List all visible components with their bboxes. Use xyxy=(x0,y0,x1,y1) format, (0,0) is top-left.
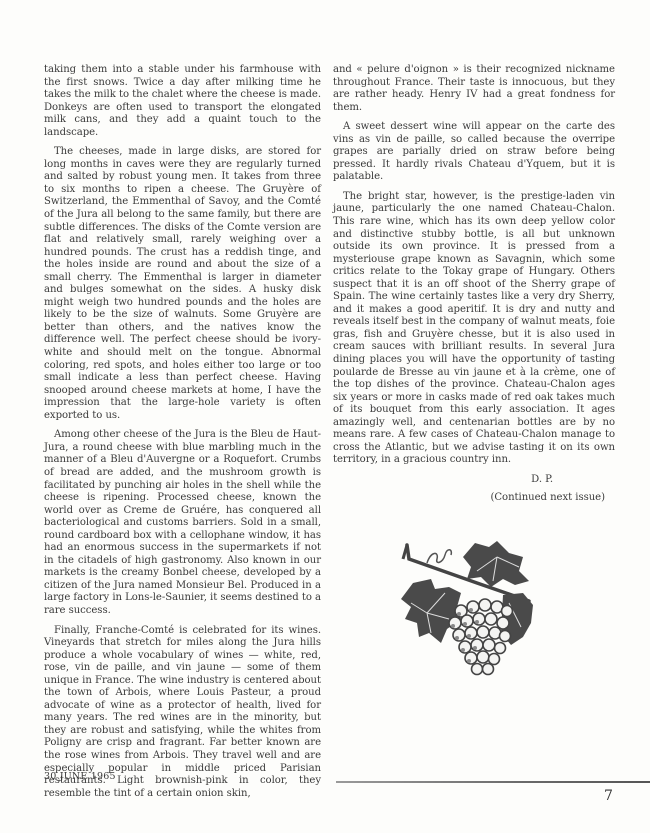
footer-divider xyxy=(336,781,650,783)
issue-date: 30 JUNE 1965 xyxy=(44,771,116,782)
author-signature: D. P. xyxy=(333,474,615,487)
article-left-column: taking them into a stable under his farm… xyxy=(44,64,321,807)
paragraph: The cheeses, made in large disks, are st… xyxy=(44,146,321,422)
grape-vine-icon xyxy=(397,537,537,677)
paragraph: and « pelure d'oignon » is their recogni… xyxy=(333,64,615,114)
continuation-note: (Continued next issue) xyxy=(333,492,615,505)
paragraph: Among other cheese of the Jura is the Bl… xyxy=(44,429,321,617)
page-number: 7 xyxy=(604,788,613,804)
paragraph: taking them into a stable under his farm… xyxy=(44,64,321,139)
paragraph: A sweet dessert wine will appear on the … xyxy=(333,121,615,184)
article-right-column: and « pelure d'oignon » is their recogni… xyxy=(333,64,615,505)
paragraph: The bright star, however, is the prestig… xyxy=(333,191,615,467)
